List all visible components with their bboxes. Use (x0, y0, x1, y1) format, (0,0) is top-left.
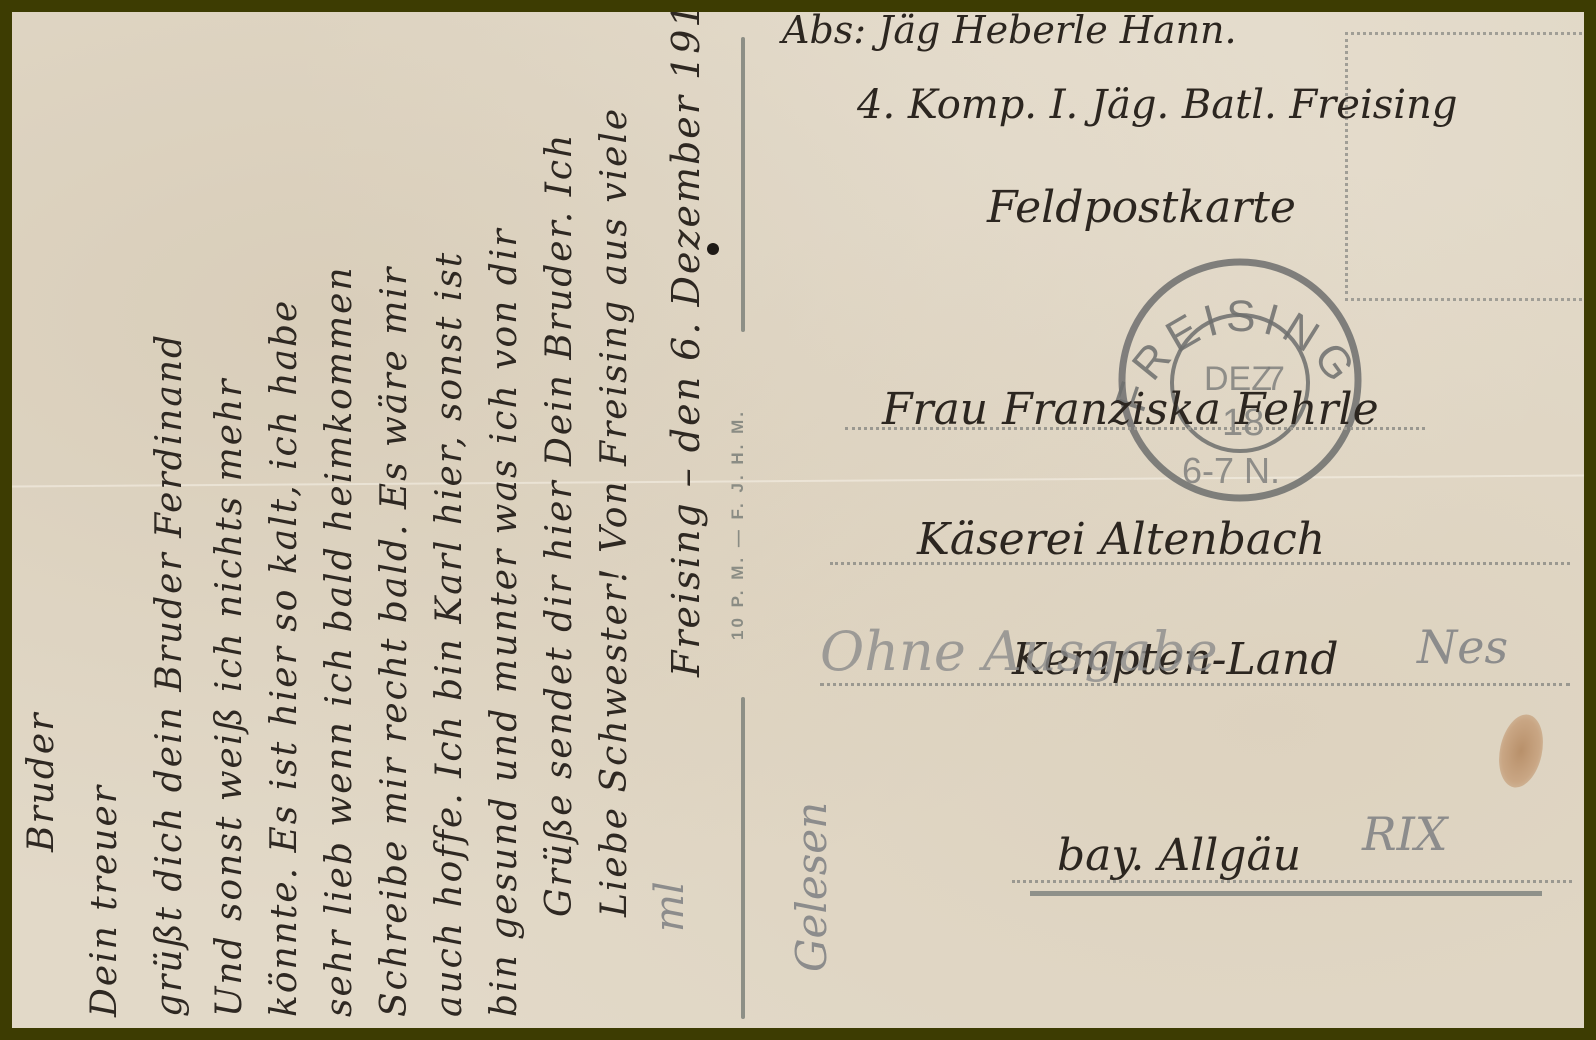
freising-postmark: FREISING DEZ 7 18 6-7 N. (1074, 245, 1394, 515)
message-line-5: Schreibe mir recht bald. Es wäre mir (377, 17, 413, 1017)
vertical-divider-top (741, 37, 745, 332)
pencil-annotation-nes: Nes (1417, 620, 1508, 674)
message-line-6: sehr lieb wenn ich bald heimkommen (322, 17, 358, 1017)
message-line-8: Und sonst weiß ich nichts mehr (212, 17, 248, 1017)
pencil-annotation-ml: ml (647, 812, 693, 932)
message-line-1: Liebe Schwester! Von Freising aus viele (597, 17, 633, 917)
ink-blot (707, 243, 719, 255)
card-heading: Feldpostkarte (987, 182, 1296, 233)
message-date-line: Freising – den 6. Dezember 1918 (667, 17, 705, 677)
address-dotted-line-3 (820, 683, 1570, 686)
sender-line-2: 4. Komp. I. Jäg. Batl. Freising (857, 82, 1457, 128)
message-line-10: Dein treuer (87, 17, 123, 1017)
pencil-annotation-gelesen: Gelesen (787, 592, 836, 972)
address-line-4: bay. Allgäu (1057, 830, 1301, 881)
brown-stain (1493, 710, 1549, 791)
address-dotted-line-4 (1012, 880, 1572, 883)
address-dotted-line-1 (845, 427, 1425, 430)
printer-mark: 10 P. M. — F. J. H. M. (728, 347, 758, 702)
sender-line-1: Abs: Jäg Heberle Hann. (782, 12, 1237, 52)
message-line-11: Bruder (24, 352, 60, 852)
message-line-9: grüßt dich dein Bruder Ferdinand (152, 17, 188, 1017)
message-line-2: Grüße sendet dir hier Dein Bruder. Ich (542, 17, 578, 917)
vertical-divider-bottom (741, 697, 745, 1019)
pencil-annotation-ohne: Ohne Ausgabe (820, 620, 1218, 683)
postmark-time: 6-7 N. (1182, 450, 1280, 491)
address-underline-bar (1030, 891, 1542, 896)
message-line-3: bin gesund und munter was ich von dir (487, 17, 523, 1017)
pencil-annotation-rix: RIX (1362, 807, 1448, 861)
address-dotted-line-2 (830, 562, 1570, 565)
address-line-2: Käserei Altenbach (917, 514, 1325, 565)
message-line-4: auch hoffe. Ich bin Karl hier, sonst ist (432, 17, 468, 1017)
postcard: Freising – den 6. Dezember 1918 Liebe Sc… (12, 12, 1584, 1028)
message-line-7: könnte. Es ist hier so kalt, ich habe (267, 17, 303, 1017)
